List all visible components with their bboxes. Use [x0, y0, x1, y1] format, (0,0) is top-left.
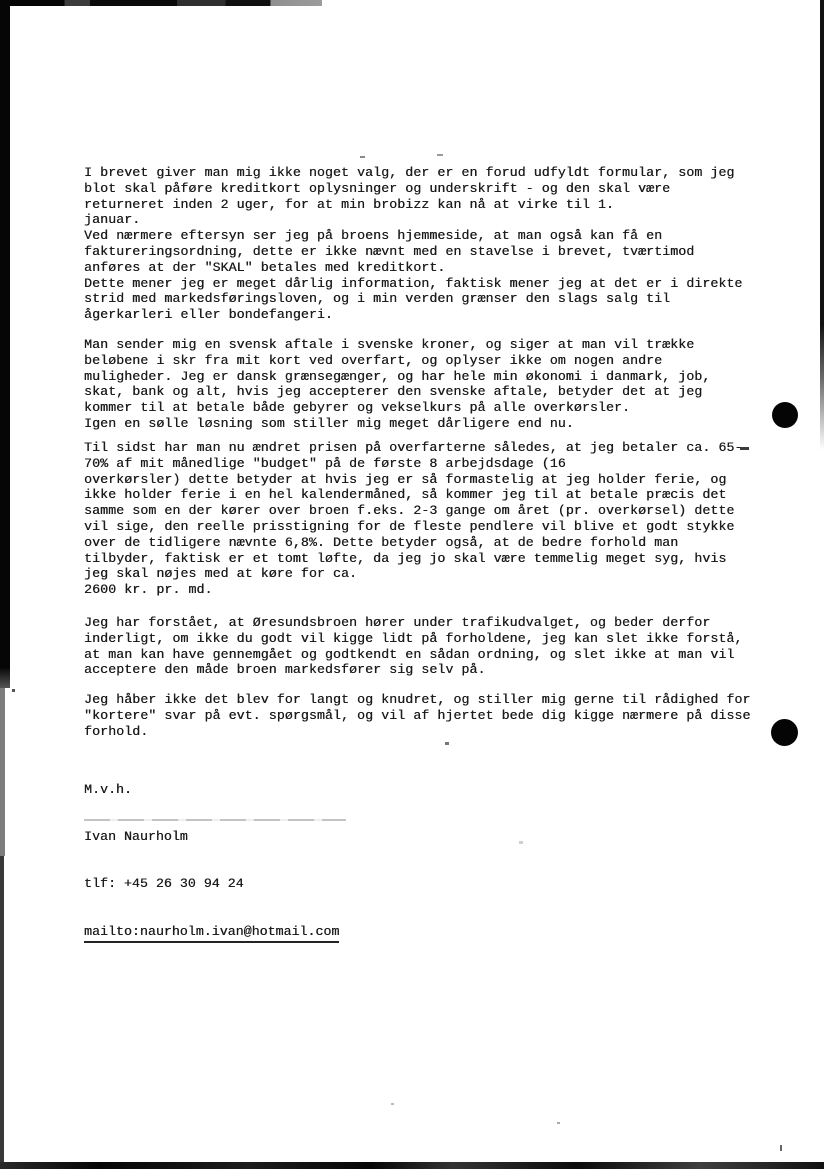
letter-paragraph-swedish-deal: Man sender mig en svensk aftale i svensk…: [84, 337, 710, 432]
signature-name: Ivan Naurholm: [84, 829, 339, 845]
scan-speck: [780, 1145, 782, 1151]
signature-email-link: mailto:naurholm.ivan@hotmail.com: [84, 924, 339, 943]
scan-speck: [12, 689, 15, 692]
scan-edge-top: [0, 0, 322, 6]
scan-speck: [360, 156, 365, 158]
signature-closing: M.v.h.: [84, 782, 339, 798]
signature-phone: tlf: +45 26 30 94 24: [84, 876, 339, 892]
scan-edge-left-bottom: [0, 856, 4, 1169]
scan-edge-bottom: [0, 1162, 824, 1169]
scan-speck: [445, 742, 449, 745]
letter-paragraph-appeal: Jeg har forstået, at Øresundsbroen hører…: [84, 615, 742, 678]
scan-edge-left: [0, 0, 10, 688]
letter-paragraph-intro: I brevet giver man mig ikke noget valg, …: [84, 165, 742, 323]
signature-email-line: mailto:naurholm.ivan@hotmail.com: [84, 924, 339, 943]
signature-block: M.v.h. Ivan Naurholm tlf: +45 26 30 94 2…: [84, 750, 339, 974]
letter-paragraph-closing: Jeg håber ikke det blev for langt og knu…: [84, 692, 750, 739]
scan-speck: [557, 1122, 560, 1124]
punch-hole-bottom: [771, 719, 798, 746]
scan-speck: [391, 1103, 394, 1105]
scan-edge-left-lower: [0, 688, 5, 856]
letter-paragraph-pricing: Til sidst har man nu ændret prisen på ov…: [84, 440, 742, 598]
scan-edge-right: [820, 0, 824, 450]
scan-underline-echo: [84, 819, 346, 821]
scan-speck: [437, 154, 443, 156]
scanned-letter-page: I brevet giver man mig ikke noget valg, …: [0, 0, 824, 1169]
scan-speck: [519, 841, 523, 844]
punch-hole-top: [772, 402, 798, 428]
